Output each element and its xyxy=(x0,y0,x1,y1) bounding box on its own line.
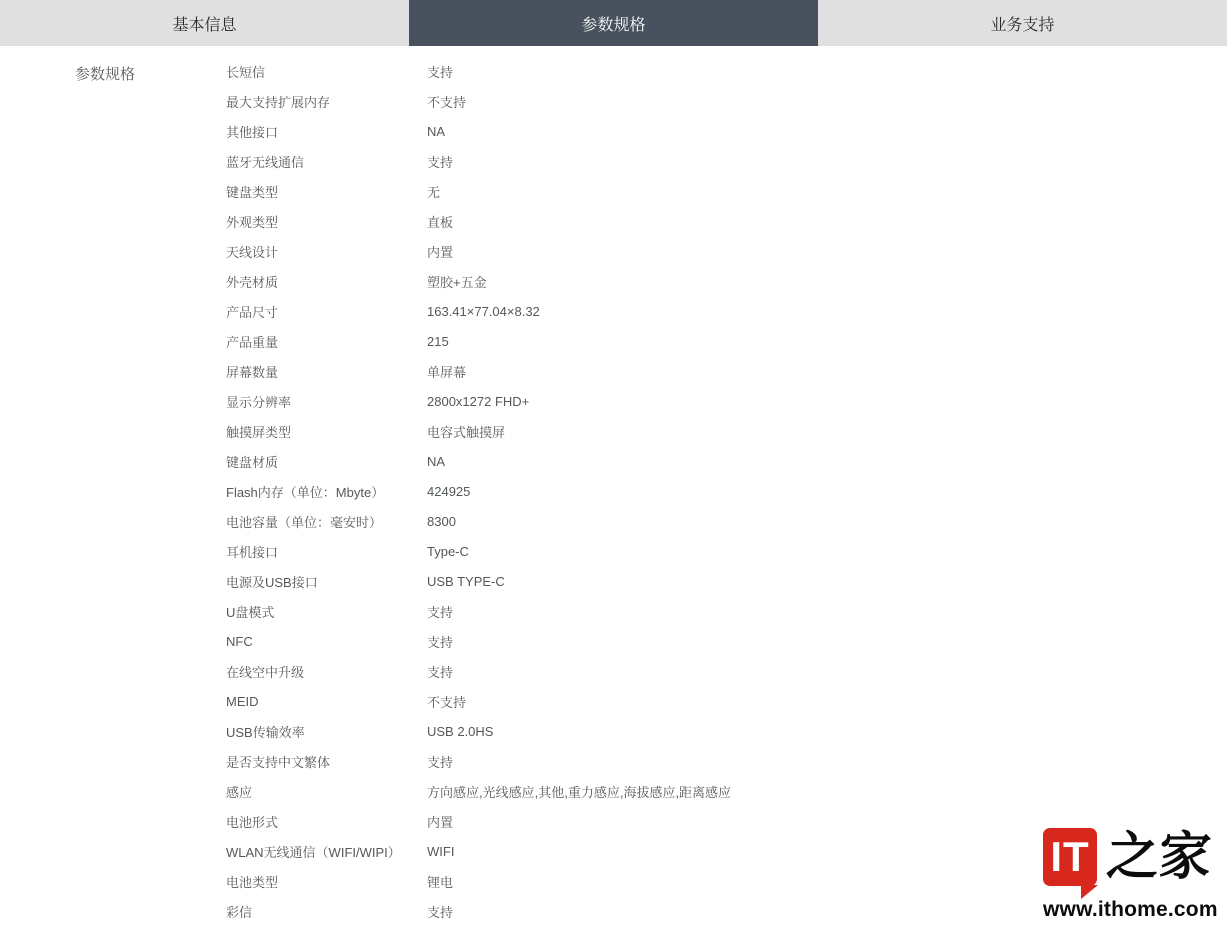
spec-list: 长短信 支持 最大支持扩展内存 不支持 其他接口 NA 蓝牙无线通信 支持 键盘… xyxy=(226,46,1227,926)
spec-value: 单屏幕 xyxy=(427,362,466,381)
spec-value: 2800x1272 FHD+ xyxy=(427,394,529,409)
spec-row: U盘模式 支持 xyxy=(226,596,1227,626)
spec-value: 215 xyxy=(427,334,449,349)
ithome-logo-it-text: IT xyxy=(1050,836,1089,878)
spec-row: Flash内存（单位：Mbyte） 424925 xyxy=(226,476,1227,506)
spec-content: 参数规格 长短信 支持 最大支持扩展内存 不支持 其他接口 NA 蓝牙无线通信 … xyxy=(0,46,1227,930)
ithome-speech-bubble-icon: IT xyxy=(1043,828,1097,886)
ithome-url-text: www.ithome.com xyxy=(1043,898,1211,922)
ithome-watermark: IT 之家 www.ithome.com xyxy=(1043,828,1211,922)
spec-value: 163.41×77.04×8.32 xyxy=(427,304,540,319)
spec-value: 支持 xyxy=(427,62,453,81)
spec-label: 外壳材质 xyxy=(226,272,427,291)
spec-value: 支持 xyxy=(427,602,453,621)
spec-label: U盘模式 xyxy=(226,602,427,621)
section-title: 参数规格 xyxy=(75,63,135,84)
ithome-logo-zhijia-text: 之家 xyxy=(1105,831,1213,883)
ithome-logo: IT 之家 xyxy=(1043,828,1211,886)
spec-label: WLAN无线通信（WIFI/WIPI） xyxy=(226,842,427,861)
tab-specifications[interactable]: 参数规格 xyxy=(409,0,818,46)
spec-row: 触摸屏类型 电容式触摸屏 xyxy=(226,416,1227,446)
spec-label: 彩信 xyxy=(226,902,427,921)
spec-row: 键盘材质 NA xyxy=(226,446,1227,476)
spec-row: 是否支持中文繁体 支持 xyxy=(226,746,1227,776)
spec-row: 产品重量 215 xyxy=(226,326,1227,356)
spec-value: 锂电 xyxy=(427,872,453,891)
spec-value: NA xyxy=(427,454,445,469)
spec-value: USB TYPE-C xyxy=(427,574,505,589)
spec-value: NA xyxy=(427,124,445,139)
spec-label: 电池形式 xyxy=(226,812,427,831)
spec-label: 产品尺寸 xyxy=(226,302,427,321)
tab-basic-info[interactable]: 基本信息 xyxy=(0,0,409,46)
spec-label: 耳机接口 xyxy=(226,542,427,561)
spec-label: MEID xyxy=(226,694,427,709)
spec-value: 支持 xyxy=(427,662,453,681)
spec-value: USB 2.0HS xyxy=(427,724,493,739)
tab-business-support[interactable]: 业务支持 xyxy=(818,0,1227,46)
spec-value: Type-C xyxy=(427,544,469,559)
spec-label: 键盘材质 xyxy=(226,452,427,471)
spec-label: 电池类型 xyxy=(226,872,427,891)
spec-row: 屏幕数量 单屏幕 xyxy=(226,356,1227,386)
spec-value: 不支持 xyxy=(427,692,466,711)
spec-value: 支持 xyxy=(427,632,453,651)
spec-value: 内置 xyxy=(427,812,453,831)
spec-label: 产品重量 xyxy=(226,332,427,351)
spec-row: NFC 支持 xyxy=(226,626,1227,656)
spec-label: 电池容量（单位：毫安时） xyxy=(226,512,427,531)
spec-row: 在线空中升级 支持 xyxy=(226,656,1227,686)
spec-label: 键盘类型 xyxy=(226,182,427,201)
spec-value: 塑胶+五金 xyxy=(427,272,487,291)
spec-label: 电源及USB接口 xyxy=(226,572,427,591)
spec-row: 长短信 支持 xyxy=(226,56,1227,86)
spec-row: USB传输效率 USB 2.0HS xyxy=(226,716,1227,746)
spec-label: 天线设计 xyxy=(226,242,427,261)
spec-label: Flash内存（单位：Mbyte） xyxy=(226,482,427,501)
spec-row: 蓝牙无线通信 支持 xyxy=(226,146,1227,176)
spec-value: 8300 xyxy=(427,514,456,529)
spec-label: NFC xyxy=(226,634,427,649)
spec-value: 不支持 xyxy=(427,92,466,111)
spec-value: 支持 xyxy=(427,752,453,771)
spec-row: 外观类型 直板 xyxy=(226,206,1227,236)
spec-label: 外观类型 xyxy=(226,212,427,231)
spec-value: 电容式触摸屏 xyxy=(427,422,505,441)
spec-row: 天线设计 内置 xyxy=(226,236,1227,266)
spec-label: 是否支持中文繁体 xyxy=(226,752,427,771)
spec-label: 在线空中升级 xyxy=(226,662,427,681)
spec-value: 424925 xyxy=(427,484,470,499)
tab-bar: 基本信息 参数规格 业务支持 xyxy=(0,0,1227,46)
spec-value: 方向感应,光线感应,其他,重力感应,海拔感应,距离感应 xyxy=(427,782,731,801)
spec-value: 支持 xyxy=(427,152,453,171)
spec-row: 电源及USB接口 USB TYPE-C xyxy=(226,566,1227,596)
spec-label: 蓝牙无线通信 xyxy=(226,152,427,171)
spec-row: 外壳材质 塑胶+五金 xyxy=(226,266,1227,296)
spec-label: 触摸屏类型 xyxy=(226,422,427,441)
spec-row: 感应 方向感应,光线感应,其他,重力感应,海拔感应,距离感应 xyxy=(226,776,1227,806)
spec-row: 显示分辨率 2800x1272 FHD+ xyxy=(226,386,1227,416)
spec-label: 长短信 xyxy=(226,62,427,81)
spec-value: 无 xyxy=(427,182,440,201)
spec-row: 产品尺寸 163.41×77.04×8.32 xyxy=(226,296,1227,326)
spec-row: 耳机接口 Type-C xyxy=(226,536,1227,566)
spec-label: 其他接口 xyxy=(226,122,427,141)
spec-label: 屏幕数量 xyxy=(226,362,427,381)
spec-row: 其他接口 NA xyxy=(226,116,1227,146)
spec-row: 电池容量（单位：毫安时） 8300 xyxy=(226,506,1227,536)
spec-label: 显示分辨率 xyxy=(226,392,427,411)
spec-label: 感应 xyxy=(226,782,427,801)
spec-value: 直板 xyxy=(427,212,453,231)
spec-row: 最大支持扩展内存 不支持 xyxy=(226,86,1227,116)
spec-label: USB传输效率 xyxy=(226,722,427,741)
spec-label: 最大支持扩展内存 xyxy=(226,92,427,111)
spec-row: MEID 不支持 xyxy=(226,686,1227,716)
spec-value: WIFI xyxy=(427,844,454,859)
spec-row: 键盘类型 无 xyxy=(226,176,1227,206)
spec-value: 支持 xyxy=(427,902,453,921)
spec-value: 内置 xyxy=(427,242,453,261)
